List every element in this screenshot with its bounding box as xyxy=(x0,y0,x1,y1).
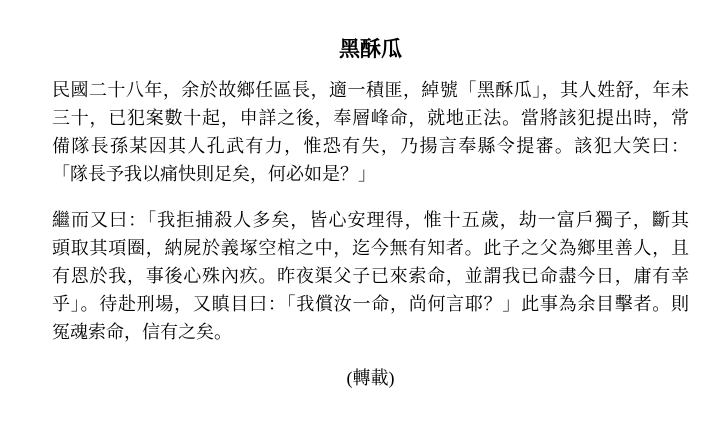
text-line: 民國二十八年，余於故鄉任區長，適一積匪，綽號「黑酥瓜」，其人姓舒，年未 xyxy=(52,76,689,104)
text-line: 頭取其項圈，納屍於義塚空棺之中，迄今無有知者。此子之父為鄉里善人，且 xyxy=(52,234,689,262)
paragraph-2: 繼而又曰：「我拒捕殺人多矣，皆心安理得，惟十五歲，劫一富戶獨子，斷其 頭取其項圈… xyxy=(52,206,689,346)
reprint-note: (轉載) xyxy=(52,364,689,392)
text-line: 有恩於我，事後心殊內疚。昨夜渠父子已來索命，並謂我已命盡今日，庸有幸 xyxy=(52,262,689,290)
text-line: 三十，已犯案數十起，申詳之後，奉層峰命，就地正法。當將該犯提出時，常 xyxy=(52,104,689,132)
document-page: 黑酥瓜 民國二十八年，余於故鄉任區長，適一積匪，綽號「黑酥瓜」，其人姓舒，年未 … xyxy=(0,0,726,421)
paragraph-1: 民國二十八年，余於故鄉任區長，適一積匪，綽號「黑酥瓜」，其人姓舒，年未 三十，已… xyxy=(52,76,689,188)
text-line: 繼而又曰：「我拒捕殺人多矣，皆心安理得，惟十五歲，劫一富戶獨子，斷其 xyxy=(52,206,689,234)
text-line: 乎」。待赴刑場，又瞋目曰：「我償汝一命，尚何言耶？」此事為余目擊者。則 xyxy=(52,290,689,318)
text-line: 「隊長予我以痛快則足矣，何必如是？」 xyxy=(52,160,689,188)
page-title: 黑酥瓜 xyxy=(52,36,689,62)
text-line: 備隊長孫某因其人孔武有力，惟恐有失，乃揚言奉縣令提審。該犯大笑曰： xyxy=(52,132,689,160)
text-line: 冤魂索命，信有之矣。 xyxy=(52,318,689,346)
story-text: 民國二十八年，余於故鄉任區長，適一積匪，綽號「黑酥瓜」，其人姓舒，年未 三十，已… xyxy=(52,76,689,346)
